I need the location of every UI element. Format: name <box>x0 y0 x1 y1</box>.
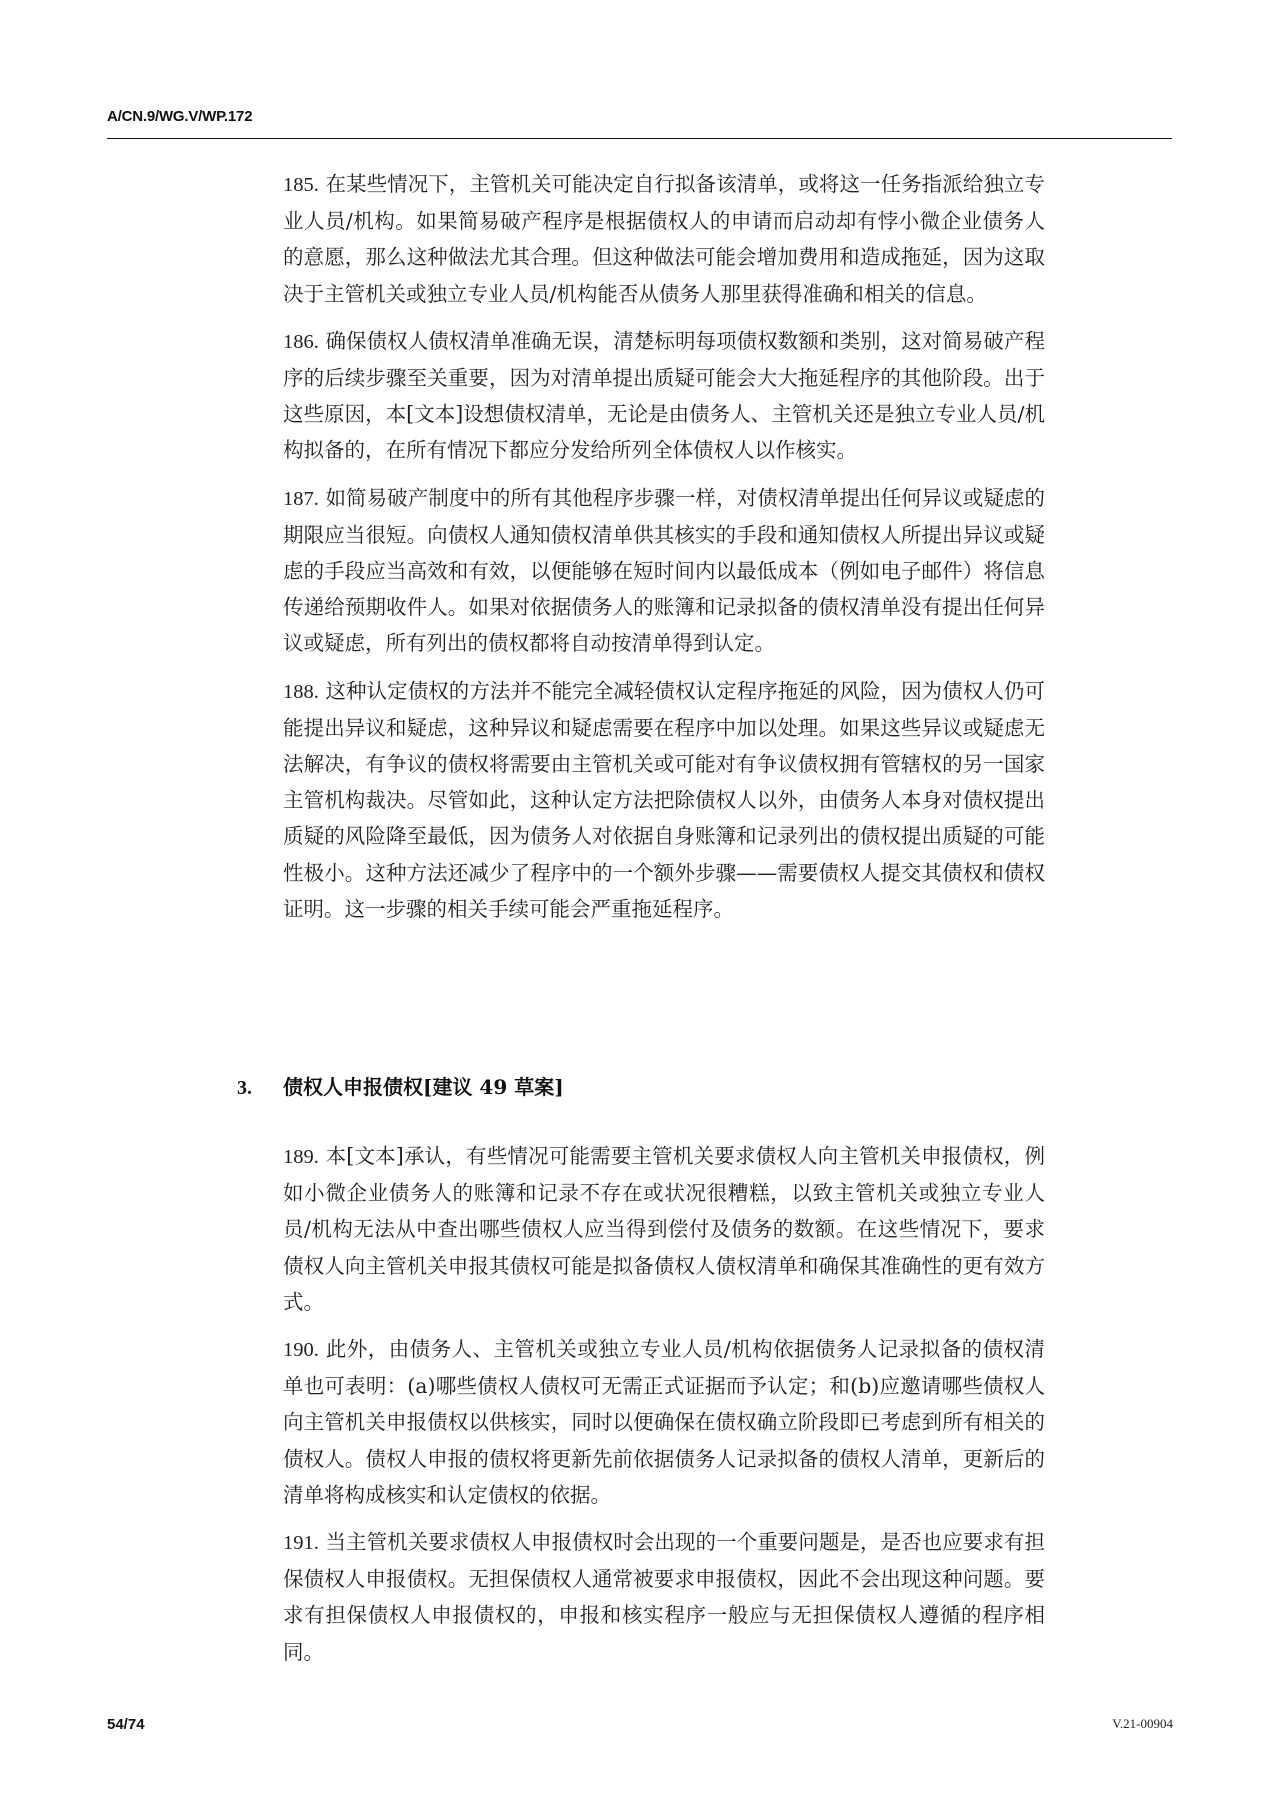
paragraph-text: 这种认定债权的方法并不能完全减轻债权认定程序拖延的风险，因为债权人仍可能提出异议… <box>283 679 1045 921</box>
paragraph-text: 在某些情况下，主管机关可能决定自行拟备该清单，或将这一任务指派给独立专业人员/机… <box>283 172 1045 306</box>
paragraph-text: 本[文本]承认，有些情况可能需要主管机关要求债权人向主管机关申报债权，例如小微企… <box>283 1144 1045 1314</box>
section-title: 债权人申报债权[建议 49 草案] <box>283 1071 564 1100</box>
paragraph-187: 187. 如简易破产制度中的所有其他程序步骤一样，对债权清单提出任何异议或疑虑的… <box>283 480 1045 662</box>
body-paragraphs-before: 185. 在某些情况下，主管机关可能决定自行拟备该清单，或将这一任务指派给独立专… <box>283 166 1045 938</box>
paragraph-number: 188. <box>283 681 319 703</box>
job-code: V.21-00904 <box>1112 1716 1173 1732</box>
paragraph-text: 确保债权人债权清单准确无误，清楚标明每项债权数额和类别，这对简易破产程序的后续步… <box>283 329 1045 463</box>
paragraph-190: 190. 此外，由债务人、主管机关或独立专业人员/机构依据债务人记录拟备的债权清… <box>283 1331 1045 1513</box>
paragraph-number: 187. <box>283 488 319 510</box>
paragraph-text: 当主管机关要求债权人申报债权时会出现的一个重要问题是，是否也应要求有担保债权人申… <box>283 1530 1045 1664</box>
paragraph-189: 189. 本[文本]承认，有些情况可能需要主管机关要求债权人向主管机关申报债权，… <box>283 1138 1045 1320</box>
paragraph-text: 此外，由债务人、主管机关或独立专业人员/机构依据债务人记录拟备的债权清单也可表明… <box>283 1337 1045 1507</box>
paragraph-191: 191. 当主管机关要求债权人申报债权时会出现的一个重要问题是，是否也应要求有担… <box>283 1524 1045 1670</box>
header-divider <box>107 138 1172 139</box>
section-number: 3. <box>237 1077 283 1100</box>
paragraph-text: 如简易破产制度中的所有其他程序步骤一样，对债权清单提出任何异议或疑虑的期限应当很… <box>283 486 1045 656</box>
paragraph-number: 185. <box>283 174 319 196</box>
paragraph-number: 186. <box>283 331 319 353</box>
body-paragraphs-after: 189. 本[文本]承认，有些情况可能需要主管机关要求债权人向主管机关申报债权，… <box>283 1138 1045 1681</box>
paragraph-185: 185. 在某些情况下，主管机关可能决定自行拟备该清单，或将这一任务指派给独立专… <box>283 166 1045 312</box>
paragraph-number: 191. <box>283 1532 319 1554</box>
paragraph-188: 188. 这种认定债权的方法并不能完全减轻债权认定程序拖延的风险，因为债权人仍可… <box>283 673 1045 927</box>
paragraph-number: 190. <box>283 1339 319 1361</box>
document-symbol: A/CN.9/WG.V/WP.172 <box>107 108 252 125</box>
paragraph-number: 189. <box>283 1146 319 1168</box>
page-number: 54/74 <box>107 1716 145 1733</box>
paragraph-186: 186. 确保债权人债权清单准确无误，清楚标明每项债权数额和类别，这对简易破产程… <box>283 323 1045 469</box>
section-heading: 3. 债权人申报债权[建议 49 草案] <box>237 1071 564 1100</box>
